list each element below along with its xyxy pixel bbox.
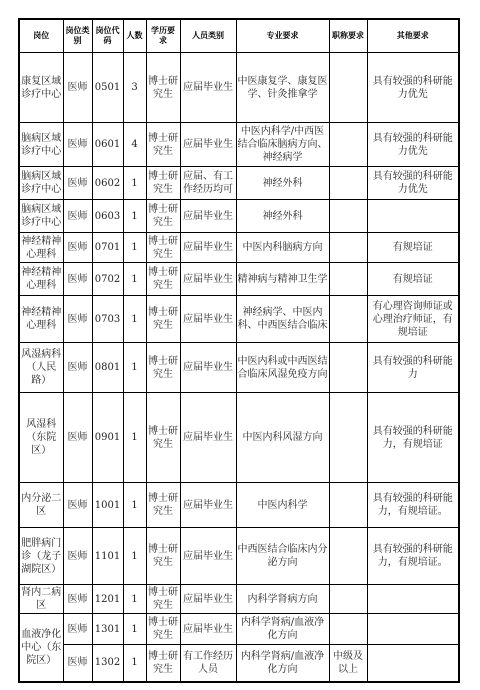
cell-edu: 博士研究生	[146, 645, 180, 682]
cell-num: 1	[123, 200, 146, 233]
cell-code: 0501	[92, 53, 123, 123]
table-row: 神经精神心理科 医师 0703 1 博士研究生 应届毕业生 神经病学、中医内科、…	[19, 296, 459, 343]
cell-major: 内科学肾病方向	[236, 585, 329, 614]
cell-code: 0801	[92, 343, 123, 393]
cell-edu: 博士研究生	[146, 123, 180, 167]
cell-major: 中医内科学	[236, 483, 329, 528]
cell-num: 1	[123, 263, 146, 296]
cell-post: 肾内二病区	[19, 585, 63, 614]
cell-type: 医师	[63, 483, 92, 528]
cell-cat: 应届毕业生	[180, 483, 236, 528]
cell-type: 医师	[63, 645, 92, 682]
cell-code: 1301	[92, 614, 123, 645]
cell-cat: 应届毕业生	[180, 296, 236, 343]
cell-code: 0601	[92, 123, 123, 167]
header-cat: 人员类别	[180, 19, 236, 53]
cell-type: 医师	[63, 585, 92, 614]
cell-cat: 应届毕业生	[180, 263, 236, 296]
cell-other	[367, 200, 459, 233]
cell-post: 康复区域诊疗中心	[19, 53, 63, 123]
cell-post: 风湿病科（人民路）	[19, 343, 63, 393]
cell-num: 1	[123, 167, 146, 200]
cell-other: 有规培证	[367, 233, 459, 263]
table-row: 神经精神心理科 医师 0702 1 博士研究生 应届毕业生 精神病与精神卫生学 …	[19, 263, 459, 296]
cell-num: 1	[123, 233, 146, 263]
cell-code: 0702	[92, 263, 123, 296]
cell-title	[329, 528, 367, 585]
cell-code: 1201	[92, 585, 123, 614]
cell-other: 具有较强的科研能力，有规培证。	[367, 528, 459, 585]
cell-cat: 应届毕业生	[180, 200, 236, 233]
cell-other: 有心理咨询师证或心理治疗师证，有规培证	[367, 296, 459, 343]
cell-cat: 应届毕业生	[180, 123, 236, 167]
cell-post: 肥胖病门诊（龙子湖院区）	[19, 528, 63, 585]
cell-major: 中医内科风湿方向	[236, 393, 329, 483]
cell-other: 具有较强的科研能力优先	[367, 53, 459, 123]
header-other: 其他要求	[367, 19, 459, 53]
cell-title	[329, 585, 367, 614]
cell-code: 0602	[92, 167, 123, 200]
header-edu: 学历要求	[146, 19, 180, 53]
table-row: 风湿病科（人民路） 医师 0801 1 博士研究生 应届毕业生 中医内科或中西医…	[19, 343, 459, 393]
cell-title	[329, 343, 367, 393]
cell-major: 精神病与精神卫生学	[236, 263, 329, 296]
cell-post: 脑病区域诊疗中心	[19, 167, 63, 200]
cell-type: 医师	[63, 200, 92, 233]
cell-num: 1	[123, 483, 146, 528]
cell-num: 3	[123, 53, 146, 123]
cell-major: 中西医结合临床内分泌方向	[236, 528, 329, 585]
cell-num: 4	[123, 123, 146, 167]
table-row: 血液净化中心（东院区） 医师 1301 1 博士研究生 应届毕业生 内科学肾病/…	[19, 614, 459, 645]
cell-cat: 应届毕业生	[180, 53, 236, 123]
cell-type: 医师	[63, 123, 92, 167]
cell-cat: 应届毕业生	[180, 233, 236, 263]
header-row: 岗位 岗位类别 岗位代码 人数 学历要求 人员类别 专业要求 职称要求 其他要求	[19, 19, 459, 53]
cell-num: 1	[123, 585, 146, 614]
cell-edu: 博士研究生	[146, 343, 180, 393]
cell-title	[329, 263, 367, 296]
cell-post: 血液净化中心（东院区）	[19, 614, 63, 682]
table-row: 神经精神心理科 医师 0701 1 博士研究生 应届毕业生 中医内科脑病方向 有…	[19, 233, 459, 263]
cell-type: 医师	[63, 233, 92, 263]
cell-other: 有规培证	[367, 263, 459, 296]
cell-post: 脑病区域诊疗中心	[19, 200, 63, 233]
cell-major: 神经病学、中医内科、中西医结合临床	[236, 296, 329, 343]
header-post: 岗位	[19, 19, 63, 53]
cell-num: 1	[123, 528, 146, 585]
header-code: 岗位代码	[92, 19, 123, 53]
cell-cat: 有工作经历人员	[180, 645, 236, 682]
cell-num: 1	[123, 614, 146, 645]
cell-other: 具有较强的科研能力，有规培证	[367, 393, 459, 483]
header-num: 人数	[123, 19, 146, 53]
table-row: 风湿科（东院区） 医师 0901 1 博士研究生 应届毕业生 中医内科风湿方向 …	[19, 393, 459, 483]
cell-type: 医师	[63, 167, 92, 200]
cell-title	[329, 233, 367, 263]
cell-post: 内分泌二区	[19, 483, 63, 528]
cell-major: 内科学肾病/血液净化方向	[236, 645, 329, 682]
cell-code: 1101	[92, 528, 123, 585]
cell-other: 具有较强的科研能力优先	[367, 123, 459, 167]
table-row: 医师 1302 1 博士研究生 有工作经历人员 内科学肾病/血液净化方向 中级及…	[19, 645, 459, 682]
cell-other: 具有较强的科研能力	[367, 343, 459, 393]
header-type: 岗位类别	[63, 19, 92, 53]
cell-edu: 博士研究生	[146, 167, 180, 200]
cell-major: 中医内科学/中西医结合临床脑病方向、神经病学	[236, 123, 329, 167]
table-row: 脑病区域诊疗中心 医师 0601 4 博士研究生 应届毕业生 中医内科学/中西医…	[19, 123, 459, 167]
header-title: 职称要求	[329, 19, 367, 53]
cell-cat: 应届毕业生	[180, 343, 236, 393]
cell-type: 医师	[63, 614, 92, 645]
cell-major: 中医内科或中西医结合临床风湿免疫方向	[236, 343, 329, 393]
header-major: 专业要求	[236, 19, 329, 53]
cell-edu: 博士研究生	[146, 233, 180, 263]
cell-type: 医师	[63, 393, 92, 483]
table-row: 肥胖病门诊（龙子湖院区） 医师 1101 1 博士研究生 应届毕业生 中西医结合…	[19, 528, 459, 585]
cell-post: 风湿科（东院区）	[19, 393, 63, 483]
cell-title	[329, 167, 367, 200]
cell-edu: 博士研究生	[146, 528, 180, 585]
recruitment-table: 岗位 岗位类别 岗位代码 人数 学历要求 人员类别 专业要求 职称要求 其他要求…	[18, 18, 460, 683]
cell-title	[329, 296, 367, 343]
cell-title	[329, 614, 367, 645]
cell-cat: 应届毕业生	[180, 528, 236, 585]
cell-cat: 应届、有工作经历均可	[180, 167, 236, 200]
cell-edu: 博士研究生	[146, 614, 180, 645]
cell-type: 医师	[63, 53, 92, 123]
cell-num: 1	[123, 296, 146, 343]
cell-code: 0901	[92, 393, 123, 483]
cell-code: 0701	[92, 233, 123, 263]
cell-num: 1	[123, 393, 146, 483]
cell-cat: 应届毕业生	[180, 393, 236, 483]
cell-other	[367, 645, 459, 682]
cell-edu: 博士研究生	[146, 585, 180, 614]
cell-title	[329, 393, 367, 483]
cell-title	[329, 123, 367, 167]
cell-major: 内科学肾病/血液净化方向	[236, 614, 329, 645]
cell-title	[329, 200, 367, 233]
cell-other	[367, 614, 459, 645]
cell-code: 1001	[92, 483, 123, 528]
cell-num: 1	[123, 645, 146, 682]
cell-post: 神经精神心理科	[19, 263, 63, 296]
cell-major: 中医内科脑病方向	[236, 233, 329, 263]
cell-other: 具有较强的科研能力，有规培证。	[367, 483, 459, 528]
cell-type: 医师	[63, 296, 92, 343]
cell-edu: 博士研究生	[146, 53, 180, 123]
table-row: 脑病区域诊疗中心 医师 0602 1 博士研究生 应届、有工作经历均可 神经外科…	[19, 167, 459, 200]
cell-num: 1	[123, 343, 146, 393]
table-row: 康复区域诊疗中心 医师 0501 3 博士研究生 应届毕业生 中医康复学、康复医…	[19, 53, 459, 123]
cell-type: 医师	[63, 528, 92, 585]
cell-major: 神经外科	[236, 167, 329, 200]
cell-code: 1302	[92, 645, 123, 682]
cell-type: 医师	[63, 343, 92, 393]
cell-edu: 博士研究生	[146, 296, 180, 343]
cell-code: 0603	[92, 200, 123, 233]
cell-post: 脑病区域诊疗中心	[19, 123, 63, 167]
cell-other	[367, 585, 459, 614]
cell-title	[329, 53, 367, 123]
table-row: 脑病区域诊疗中心 医师 0603 1 博士研究生 应届毕业生 神经外科	[19, 200, 459, 233]
cell-type: 医师	[63, 263, 92, 296]
cell-edu: 博士研究生	[146, 200, 180, 233]
cell-edu: 博士研究生	[146, 393, 180, 483]
cell-code: 0703	[92, 296, 123, 343]
cell-major: 神经外科	[236, 200, 329, 233]
cell-edu: 博士研究生	[146, 263, 180, 296]
cell-post: 神经精神心理科	[19, 296, 63, 343]
cell-title	[329, 483, 367, 528]
cell-edu: 博士研究生	[146, 483, 180, 528]
cell-title: 中级及以上	[329, 645, 367, 682]
cell-other: 具有较强的科研能力优先	[367, 167, 459, 200]
table-row: 肾内二病区 医师 1201 1 博士研究生 应届毕业生 内科学肾病方向	[19, 585, 459, 614]
cell-post: 神经精神心理科	[19, 233, 63, 263]
cell-cat: 应届毕业生	[180, 614, 236, 645]
cell-cat: 应届毕业生	[180, 585, 236, 614]
table-row: 内分泌二区 医师 1001 1 博士研究生 应届毕业生 中医内科学 具有较强的科…	[19, 483, 459, 528]
cell-major: 中医康复学、康复医学、针灸推拿学	[236, 53, 329, 123]
